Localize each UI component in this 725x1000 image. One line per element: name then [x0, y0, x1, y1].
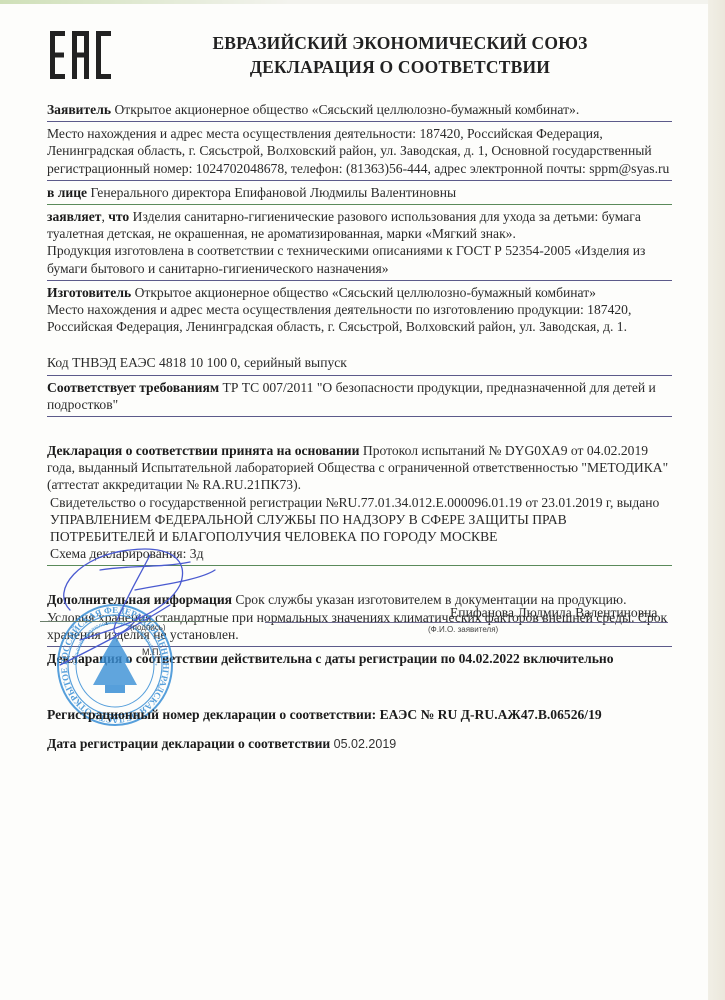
applicant-address: Место нахождения и адрес места осуществл…: [47, 124, 672, 178]
declares-label: заявляет: [47, 209, 101, 224]
manufacturer-address: Место нахождения и адрес места осуществл…: [47, 301, 672, 335]
manufacturer-value: Открытое акционерное общество «Сясьский …: [135, 285, 596, 300]
registration-number-label: Регистрационный номер декларации о соотв…: [47, 707, 376, 722]
divider: [47, 121, 672, 122]
signatory-name: Епифанова Людмила Валентиновна: [450, 605, 657, 621]
applicant-section: Заявитель Открытое акционерное общество …: [47, 100, 672, 119]
basis-label: Декларация о соответствии принята на осн…: [47, 443, 359, 458]
represented-value: Генерального директора Епифановой Людмил…: [90, 185, 456, 200]
divider: [47, 280, 672, 281]
divider: [47, 204, 672, 205]
name-line: [265, 622, 668, 623]
divider: [47, 180, 672, 181]
scan-paper-edge: [708, 0, 725, 1000]
signature-line: [40, 621, 202, 622]
eac-mark-icon: [50, 31, 112, 79]
registration-date-value: 05.02.2019: [334, 737, 397, 751]
signature-area: (подпись) М.П. Епифанова Людмила Валенти…: [30, 590, 690, 690]
divider: [47, 416, 672, 417]
title-line-declaration: ДЕКЛАРАЦИЯ О СООТВЕТСТВИИ: [150, 55, 650, 79]
tnved-code: Код ТНВЭД ЕАЭС 4818 10 100 0, серийный в…: [47, 353, 672, 372]
requirements-label: Соответствует требованиям: [47, 380, 219, 395]
title-line-union: ЕВРАЗИЙСКИЙ ЭКОНОМИЧЕСКИЙ СОЮЗ: [150, 31, 650, 55]
registration-number-row: Регистрационный номер декларации о соотв…: [47, 706, 687, 723]
divider: [47, 375, 672, 376]
requirements-section: Соответствует требованиям ТР ТС 007/2011…: [47, 378, 672, 414]
manufacturer-label: Изготовитель: [47, 285, 131, 300]
manufacturer-section: Изготовитель Открытое акционерное общест…: [47, 283, 672, 337]
declares-value: Изделия санитарно-гигиенические разового…: [47, 209, 641, 241]
represented-label: в лице: [47, 185, 87, 200]
registration-number-value: ЕАЭС № RU Д-RU.АЖ47.В.06526/19: [380, 707, 602, 722]
represented-by: в лице Генерального директора Епифановой…: [47, 183, 672, 202]
registration-date-row: Дата регистрации декларации о соответств…: [47, 735, 687, 753]
document-title: ЕВРАЗИЙСКИЙ ЭКОНОМИЧЕСКИЙ СОЮЗ ДЕКЛАРАЦИ…: [150, 31, 650, 79]
declares-label-that: что: [108, 209, 129, 224]
registration-date-label: Дата регистрации декларации о соответств…: [47, 736, 330, 751]
production-standard: Продукция изготовлена в соответствии с т…: [47, 242, 672, 276]
declares-section: заявляет, что Изделия санитарно-гигиенич…: [47, 207, 672, 278]
signature-caption: (подпись): [130, 623, 166, 632]
registration-block: Регистрационный номер декларации о соотв…: [47, 706, 687, 753]
seal-place-caption: М.П.: [142, 647, 161, 657]
applicant-value: Открытое акционерное общество «Сясьский …: [114, 102, 579, 117]
applicant-label: Заявитель: [47, 102, 111, 117]
name-caption: (Ф.И.О. заявителя): [428, 625, 498, 634]
scan-top-edge: [0, 0, 725, 4]
